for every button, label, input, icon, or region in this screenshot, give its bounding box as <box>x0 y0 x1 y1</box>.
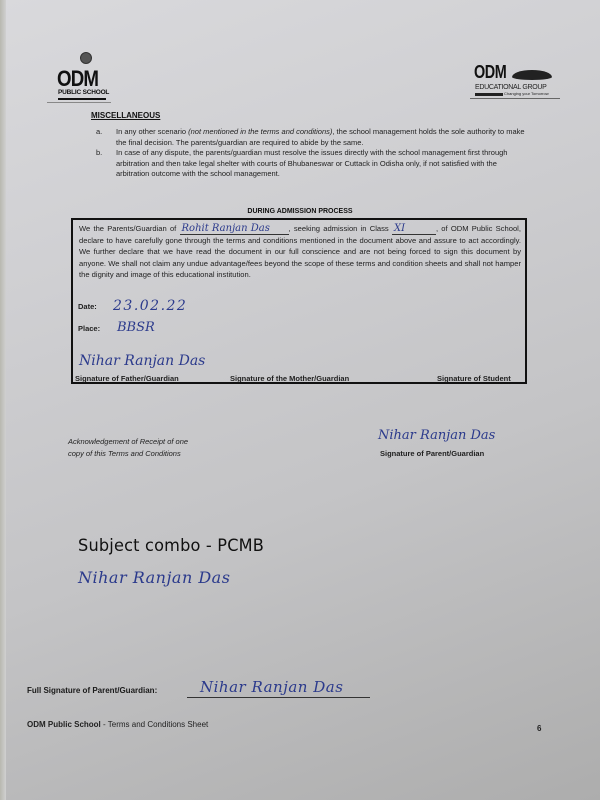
odm-public-school-logo: ODM PUBLIC SCHOOL <box>55 52 110 102</box>
misc-item-a: a. In any other scenario (not mentioned … <box>96 127 526 148</box>
page-number: 6 <box>537 724 541 733</box>
ack-line: copy of this Terms and Conditions <box>68 448 188 460</box>
misc-item-b: b. In case of any dispute, the parents/g… <box>96 148 526 180</box>
miscellaneous-list: a. In any other scenario (not mentioned … <box>96 127 526 180</box>
misc-item-marker: a. <box>96 127 116 148</box>
mother-signature-label: Signature of the Mother/Guardian <box>230 374 349 383</box>
footer-doc-title: - Terms and Conditions Sheet <box>101 720 208 729</box>
misc-text-italic: (not mentioned in the terms and conditio… <box>188 127 332 136</box>
student-signature-label: Signature of Student <box>437 374 511 383</box>
odm-educational-group-logo: ODM EDUCATIONAL GROUP Changing your Tomo… <box>470 62 560 107</box>
subject-combo-note: Subject combo - PCMB <box>78 536 264 556</box>
parent-signature[interactable]: Nihar Ranjan Das <box>378 428 495 443</box>
footer-title: ODM Public School - Terms and Conditions… <box>27 720 208 729</box>
place-label: Place: <box>78 324 100 333</box>
logo-right-name: ODM <box>474 62 506 83</box>
full-signature-line <box>187 697 370 698</box>
logo-right-bar <box>475 93 503 96</box>
acknowledgement-text: Acknowledgement of Receipt of one copy o… <box>68 436 188 460</box>
misc-item-marker: b. <box>96 148 116 180</box>
misc-item-text: In any other scenario (not mentioned in … <box>116 127 526 148</box>
footer-school: ODM Public School <box>27 720 101 729</box>
parent-signature-label: Signature of Parent/Guardian <box>380 449 484 458</box>
class-field[interactable]: XI <box>392 224 436 235</box>
logo-right-rule <box>470 98 560 99</box>
date-field[interactable]: 23.02.22 <box>113 298 187 314</box>
paper-edge <box>0 0 6 800</box>
full-signature-label: Full Signature of Parent/Guardian: <box>27 686 157 695</box>
misc-text-part: In any other scenario <box>116 127 188 136</box>
logo-left-bar <box>58 98 106 100</box>
declaration-part: We the Parents/Guardian of <box>79 224 176 233</box>
miscellaneous-heading: MISCELLANEOUS <box>91 111 160 120</box>
father-signature-label: Signature of Father/Guardian <box>75 374 179 383</box>
logo-figure-icon <box>80 52 92 64</box>
admission-declaration-box: We the Parents/Guardian of Rohit Ranjan … <box>71 218 527 384</box>
handwritten-name-note: Nihar Ranjan Das <box>78 568 230 587</box>
misc-item-text: In case of any dispute, the parents/guar… <box>116 148 526 180</box>
father-signature[interactable]: Nihar Ranjan Das <box>79 353 205 369</box>
logo-right-tagline: Changing your Tomorrow <box>504 91 549 96</box>
student-name-field[interactable]: Rohit Ranjan Das <box>180 224 289 235</box>
logo-left-rule <box>47 102 111 103</box>
full-signature-field[interactable]: Nihar Ranjan Das <box>200 678 343 696</box>
declaration-text: We the Parents/Guardian of Rohit Ranjan … <box>79 223 521 280</box>
admission-heading: DURING ADMISSION PROCESS <box>0 208 600 215</box>
logo-right-subtitle: EDUCATIONAL GROUP <box>475 84 547 91</box>
date-label: Date: <box>78 302 97 311</box>
declaration-part: , seeking admission in Class <box>289 224 389 233</box>
ack-line: Acknowledgement of Receipt of one <box>68 436 188 448</box>
place-field[interactable]: BBSR <box>117 320 155 335</box>
logo-left-subtitle: PUBLIC SCHOOL <box>58 89 109 96</box>
logo-swoosh-icon <box>512 70 552 80</box>
